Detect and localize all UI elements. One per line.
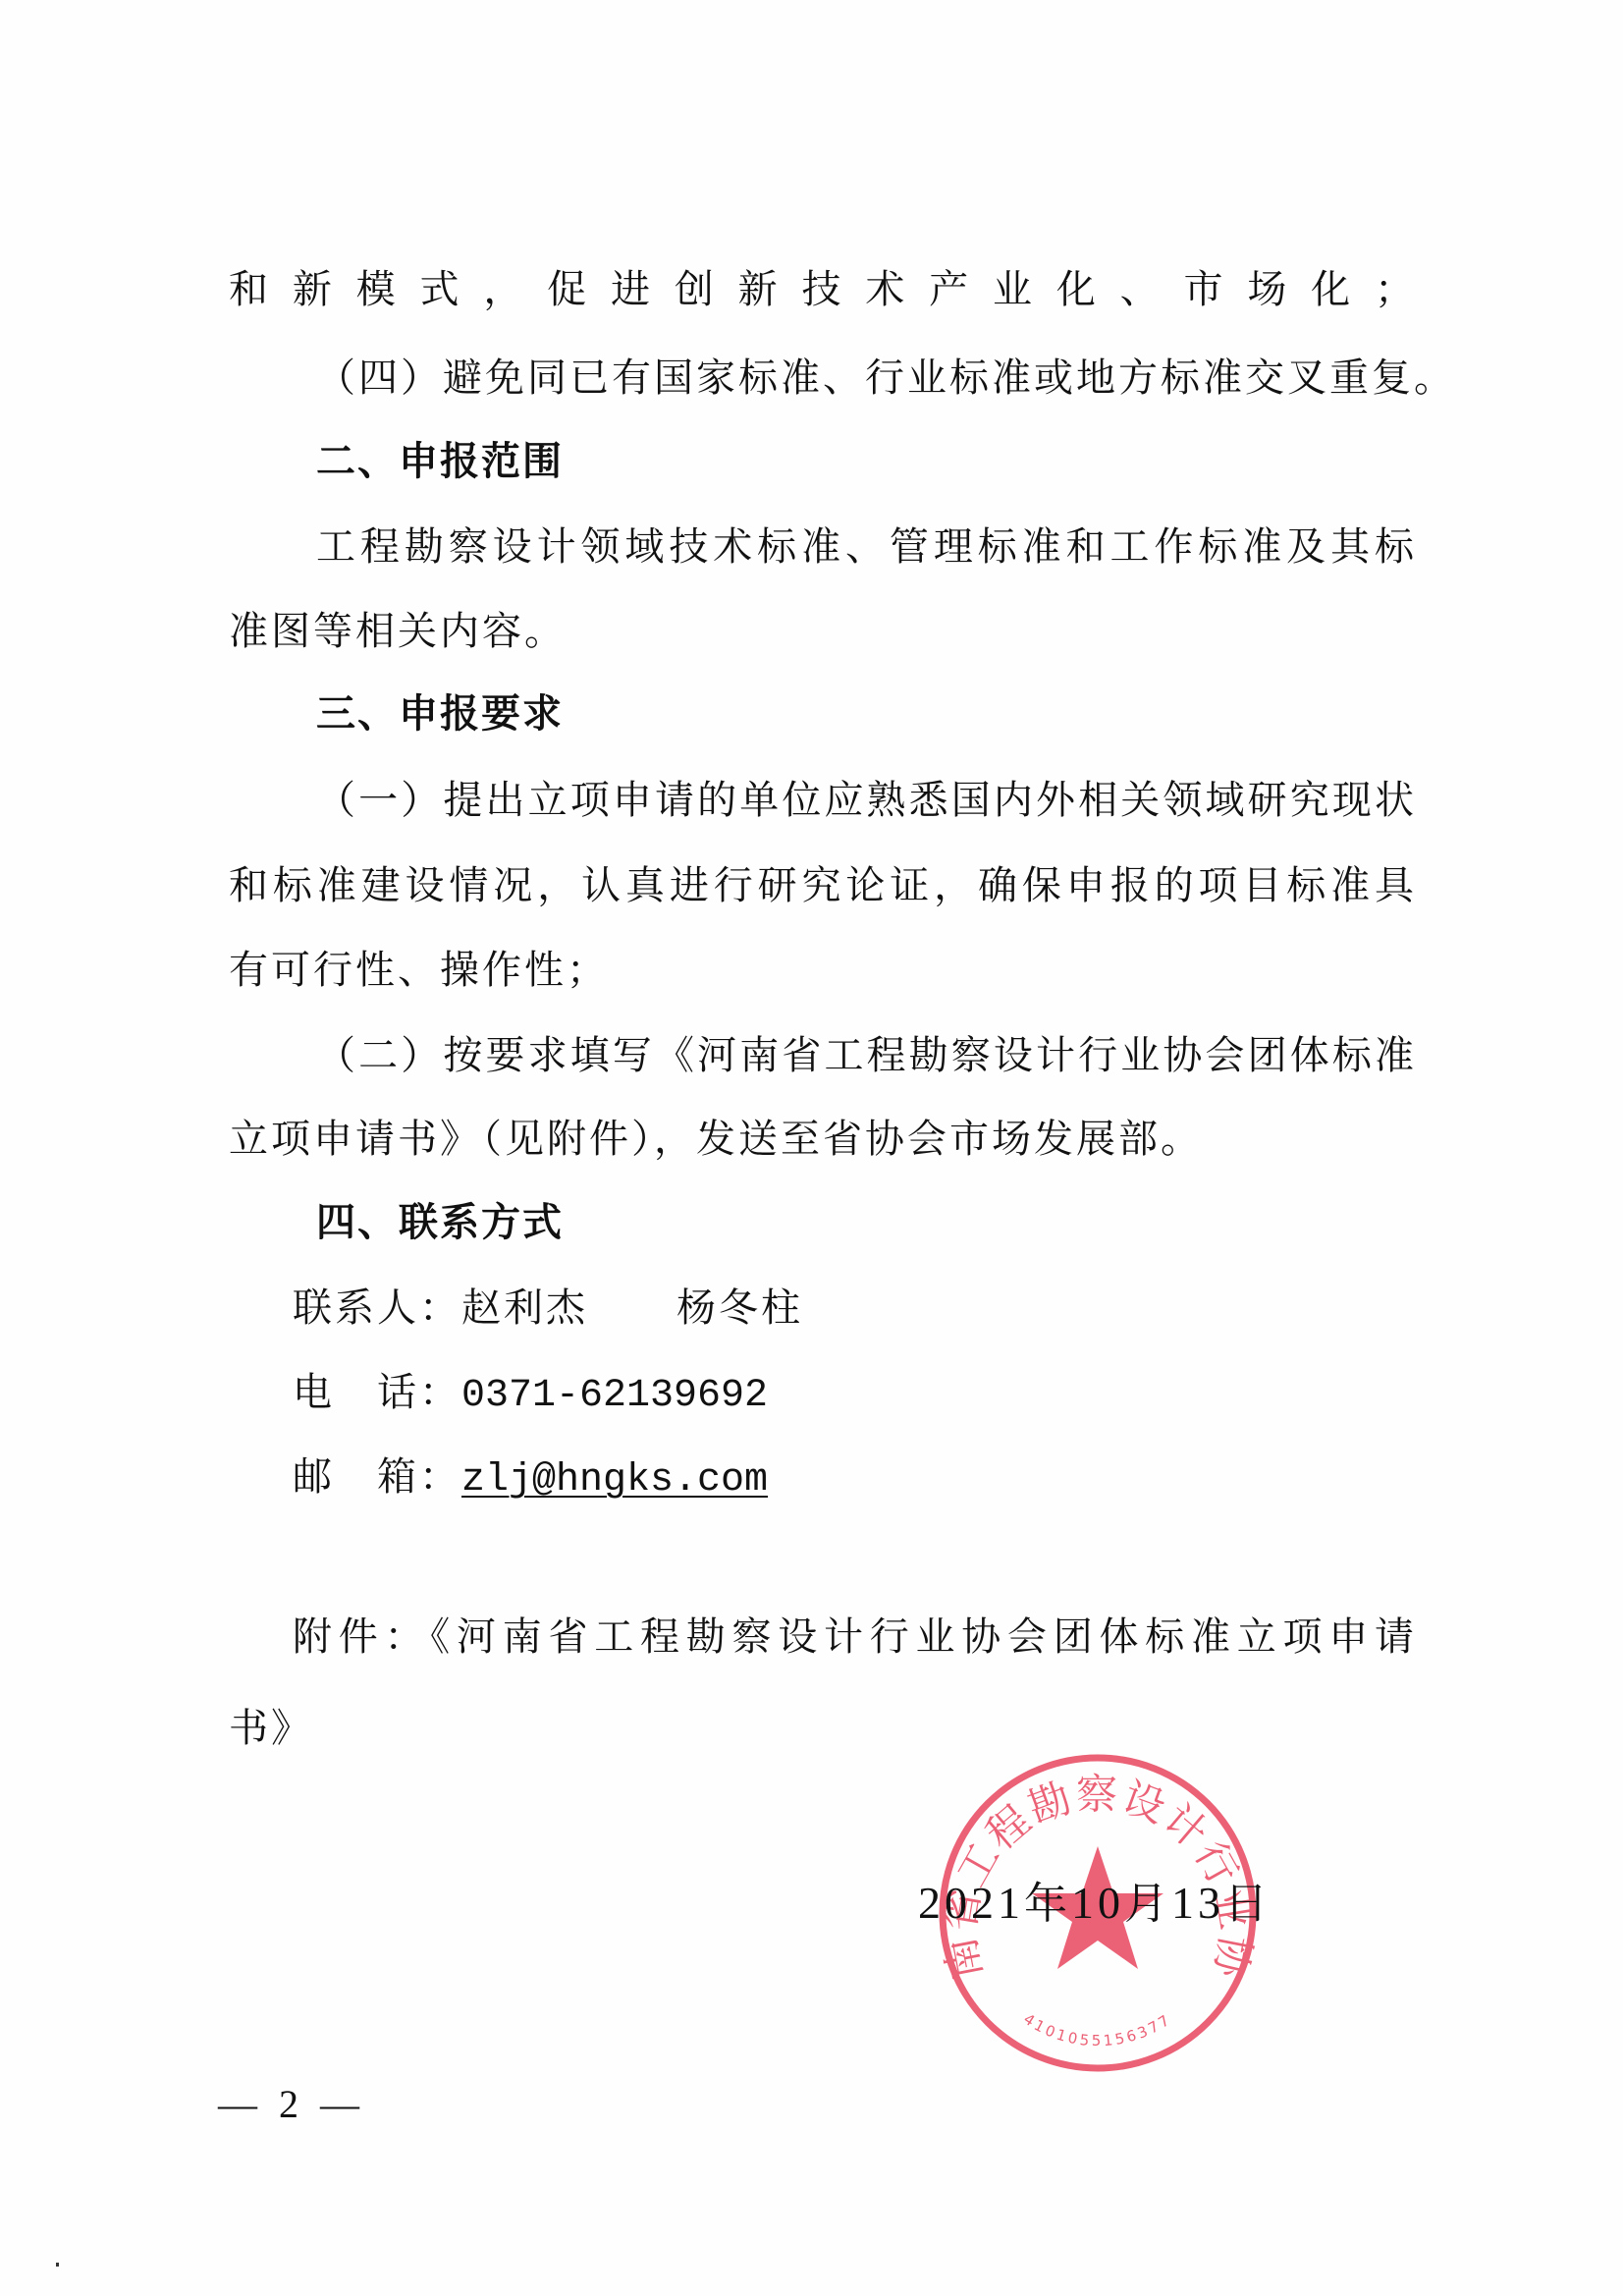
requirement-item-1-line-1: （一）提出立项申请的单位应熟悉国内外相关领域研究现状 — [316, 775, 1417, 826]
scope-body-line-2: 准图等相关内容。 — [229, 606, 1417, 657]
signature-date: 2021年10月13日 — [918, 1878, 1271, 1930]
contact-email-row: 邮 箱：zlj@hngks.com — [293, 1451, 1176, 1503]
attachment-line-1: 附件：《河南省工程勘察设计行业协会团体标准立项申请 — [293, 1612, 1417, 1663]
requirement-item-2-line-1: （二）按要求填写《河南省工程勘察设计行业协会团体标准 — [316, 1030, 1417, 1081]
section-heading-scope: 二、申报范围 — [316, 436, 1417, 487]
svg-text:4101055156377: 4101055156377 — [1020, 2010, 1174, 2050]
section-heading-requirements: 三、申报要求 — [316, 688, 1417, 739]
requirement-item-1-line-3: 有可行性、操作性； — [229, 945, 1417, 996]
document-page: 和新模式，促进创新技术产业化、市场化； （四）避免同已有国家标准、行业标准或地方… — [0, 0, 1623, 2296]
attachment-line-2: 书》 — [229, 1703, 1417, 1754]
paragraph-item-four: （四）避免同已有国家标准、行业标准或地方标准交叉重复。 — [316, 353, 1417, 404]
paragraph-continuation: 和新模式，促进创新技术产业化、市场化； — [229, 264, 1417, 315]
phone-number: 0371-62139692 — [461, 1374, 768, 1418]
date-month: 10 — [1071, 1878, 1124, 1928]
contact-phone-row: 电 话：0371-62139692 — [293, 1367, 1176, 1418]
date-year-unit: 年 — [1024, 1879, 1071, 1929]
email-label: 邮 箱： — [293, 1454, 461, 1500]
date-year: 2021 — [918, 1878, 1024, 1928]
requirement-item-1-line-2: 和标准建设情况，认真进行研究论证，确保申报的项目标准具 — [229, 860, 1417, 911]
date-day-unit: 日 — [1224, 1879, 1271, 1929]
section-heading-contact: 四、联系方式 — [316, 1197, 1417, 1248]
contact-person-row: 联系人：赵利杰杨冬柱 — [293, 1283, 1176, 1334]
contact-person-label: 联系人： — [293, 1285, 461, 1331]
requirement-item-2-line-2: 立项申请书》（见附件），发送至省协会市场发展部。 — [229, 1114, 1417, 1165]
contact-person-2: 杨冬柱 — [676, 1285, 803, 1331]
date-month-unit: 月 — [1124, 1879, 1171, 1929]
email-link[interactable]: zlj@hngks.com — [461, 1458, 768, 1503]
contact-person-1: 赵利杰 — [461, 1285, 588, 1331]
scan-speck — [56, 2263, 59, 2267]
scope-body-line-1: 工程勘察设计领域技术标准、管理标准和工作标准及其标 — [316, 521, 1417, 573]
phone-label: 电 话： — [293, 1370, 461, 1415]
page-number: — 2 — — [218, 2080, 365, 2129]
date-day: 13 — [1171, 1878, 1224, 1928]
